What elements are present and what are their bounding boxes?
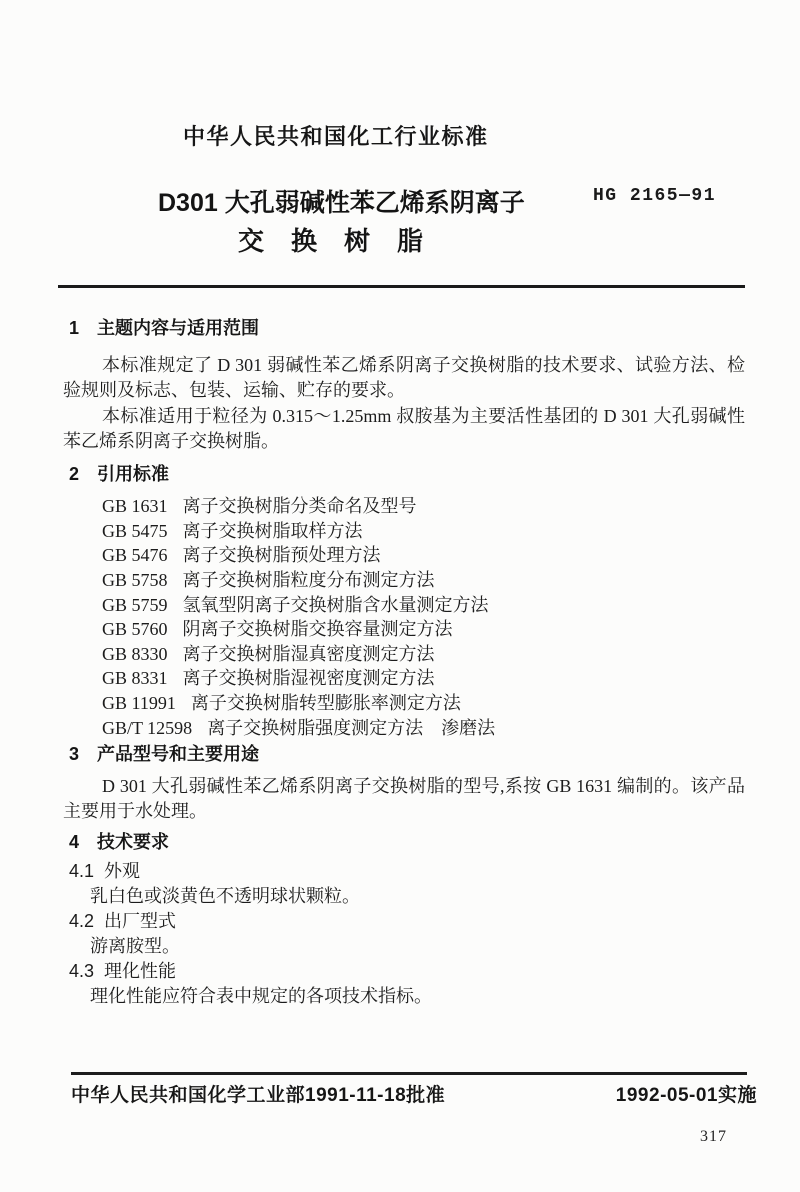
scope-paragraph-1: 本标准规定了 D 301 弱碱性苯乙烯系阴离子交换树脂的技术要求、试验方法、检验… — [63, 353, 745, 404]
reference-code: GB 5759 — [102, 595, 168, 615]
section-4-number: 4 — [69, 830, 83, 854]
reference-item: GB 5476离子交换树脂预处理方法 — [63, 543, 745, 568]
reference-code: GB 8331 — [102, 668, 168, 688]
reference-code: GB 5475 — [102, 521, 168, 541]
reference-code: GB 1631 — [102, 496, 168, 516]
reference-name: 离子交换树脂强度测定方法 渗磨法 — [207, 718, 495, 738]
reference-name: 离子交换树脂预处理方法 — [183, 545, 381, 565]
reference-code: GB/T 12598 — [102, 718, 192, 738]
standard-document-page: 中华人民共和国化工行业标准 D301 大孔弱碱性苯乙烯系阴离子 HG 2165—… — [0, 0, 800, 1192]
reference-item: GB 8331离子交换树脂湿视密度测定方法 — [63, 666, 745, 691]
section-3-heading: 3产品型号和主要用途 — [63, 742, 745, 766]
subsection-4-1-number: 4.1 — [69, 859, 94, 884]
subsection-4-2-number: 4.2 — [69, 909, 94, 934]
reference-code: GB 8330 — [102, 644, 168, 664]
document-title-line1: D301 大孔弱碱性苯乙烯系阴离子 — [158, 183, 525, 219]
section-2-number: 2 — [69, 462, 83, 486]
section-4-heading: 4技术要求 — [63, 830, 745, 854]
reference-item: GB 11991离子交换树脂转型膨胀率测定方法 — [63, 691, 745, 716]
subsection-4-3-heading: 4.3理化性能 — [63, 959, 745, 984]
section-4-title: 技术要求 — [97, 832, 169, 852]
section-1-number: 1 — [69, 316, 83, 340]
reference-item: GB 8330离子交换树脂湿真密度测定方法 — [63, 642, 745, 667]
footer-row: 中华人民共和国化学工业部1991-11-18批准 1992-05-01实施 — [71, 1080, 757, 1107]
reference-item: GB 5475离子交换树脂取样方法 — [63, 519, 745, 544]
reference-name: 离子交换树脂湿真密度测定方法 — [183, 644, 435, 664]
reference-code: GB 5758 — [102, 570, 168, 590]
reference-item: GB 5760阴离子交换树脂交换容量测定方法 — [63, 617, 745, 642]
subsection-4-2-title: 出厂型式 — [104, 911, 176, 931]
section-2-heading: 2引用标准 — [63, 462, 745, 486]
subsection-4-1-heading: 4.1外观 — [63, 859, 745, 884]
implementation-note: 1992-05-01实施 — [616, 1080, 757, 1107]
document-body: 1主题内容与适用范围 本标准规定了 D 301 弱碱性苯乙烯系阴离子交换树脂的技… — [63, 308, 745, 1009]
subsection-4-1-body: 乳白色或淡黄色不透明球状颗粒。 — [63, 884, 745, 909]
subsection-4-2-heading: 4.2出厂型式 — [63, 909, 745, 934]
reference-code: GB 5476 — [102, 545, 168, 565]
subsection-4-3-title: 理化性能 — [104, 961, 176, 981]
approval-note: 中华人民共和国化学工业部1991-11-18批准 — [71, 1080, 445, 1107]
section-1-title: 主题内容与适用范围 — [97, 318, 259, 338]
section-2-title: 引用标准 — [97, 464, 169, 484]
reference-standards-list: GB 1631离子交换树脂分类命名及型号 GB 5475离子交换树脂取样方法 G… — [63, 494, 745, 740]
footer-rule — [71, 1072, 747, 1075]
reference-code: GB 5760 — [102, 619, 168, 639]
section-3-title: 产品型号和主要用途 — [97, 744, 259, 764]
standard-org-line: 中华人民共和国化工行业标准 — [183, 120, 489, 151]
subsection-4-2-body: 游离胺型。 — [63, 934, 745, 959]
reference-name: 离子交换树脂转型膨胀率测定方法 — [191, 693, 461, 713]
reference-name: 阴离子交换树脂交换容量测定方法 — [183, 619, 453, 639]
page-number: 317 — [700, 1128, 727, 1146]
reference-item: GB 5758离子交换树脂粒度分布测定方法 — [63, 568, 745, 593]
subsection-4-1-title: 外观 — [104, 861, 140, 881]
reference-name: 离子交换树脂分类命名及型号 — [183, 496, 417, 516]
scope-paragraph-2: 本标准适用于粒径为 0.315～1.25mm 叔胺基为主要活性基团的 D 301… — [63, 404, 745, 455]
reference-name: 离子交换树脂粒度分布测定方法 — [183, 570, 435, 590]
product-paragraph: D 301 大孔弱碱性苯乙烯系阴离子交换树脂的型号,系按 GB 1631 编制的… — [63, 774, 745, 825]
standard-code: HG 2165—91 — [593, 186, 716, 206]
reference-name: 离子交换树脂湿视密度测定方法 — [183, 668, 435, 688]
reference-code: GB 11991 — [102, 693, 176, 713]
header-rule — [58, 285, 745, 288]
reference-name: 离子交换树脂取样方法 — [183, 521, 363, 541]
reference-item: GB 1631离子交换树脂分类命名及型号 — [63, 494, 745, 519]
subsection-4-3-body: 理化性能应符合表中规定的各项技术指标。 — [63, 984, 745, 1009]
section-1-heading: 1主题内容与适用范围 — [63, 316, 745, 340]
reference-item: GB/T 12598离子交换树脂强度测定方法 渗磨法 — [63, 716, 745, 741]
reference-item: GB 5759氢氧型阴离子交换树脂含水量测定方法 — [63, 593, 745, 618]
subsection-4-3-number: 4.3 — [69, 959, 94, 984]
document-title-line2: 交换树脂 — [238, 221, 450, 258]
section-3-number: 3 — [69, 742, 83, 766]
reference-name: 氢氧型阴离子交换树脂含水量测定方法 — [183, 595, 489, 615]
